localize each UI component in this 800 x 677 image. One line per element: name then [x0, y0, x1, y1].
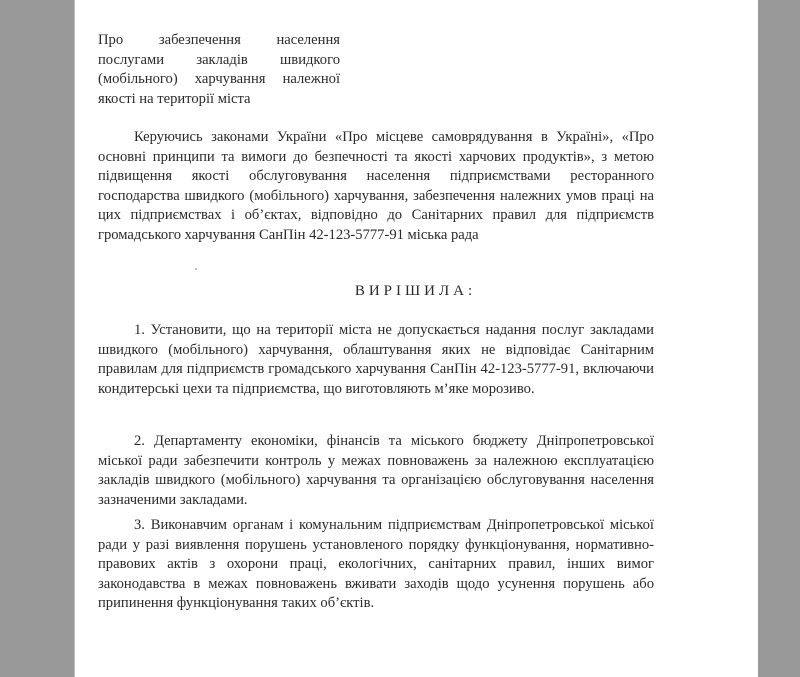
decision-item-2: 2. Департаменту економіки, фінансів та м…	[98, 432, 654, 510]
decision-item-3: 3. Виконавчим органам і комунальним підп…	[98, 516, 654, 614]
preamble-paragraph: Керуючись законами України «Про місцеве …	[98, 128, 654, 246]
decision-item-1: 1. Установити, що на території міста не …	[98, 321, 654, 399]
scan-speck	[195, 268, 197, 270]
document-title: Про забезпечення населення послугами зак…	[98, 31, 340, 109]
decision-heading: ВИРІШИЛА:	[74, 283, 757, 300]
